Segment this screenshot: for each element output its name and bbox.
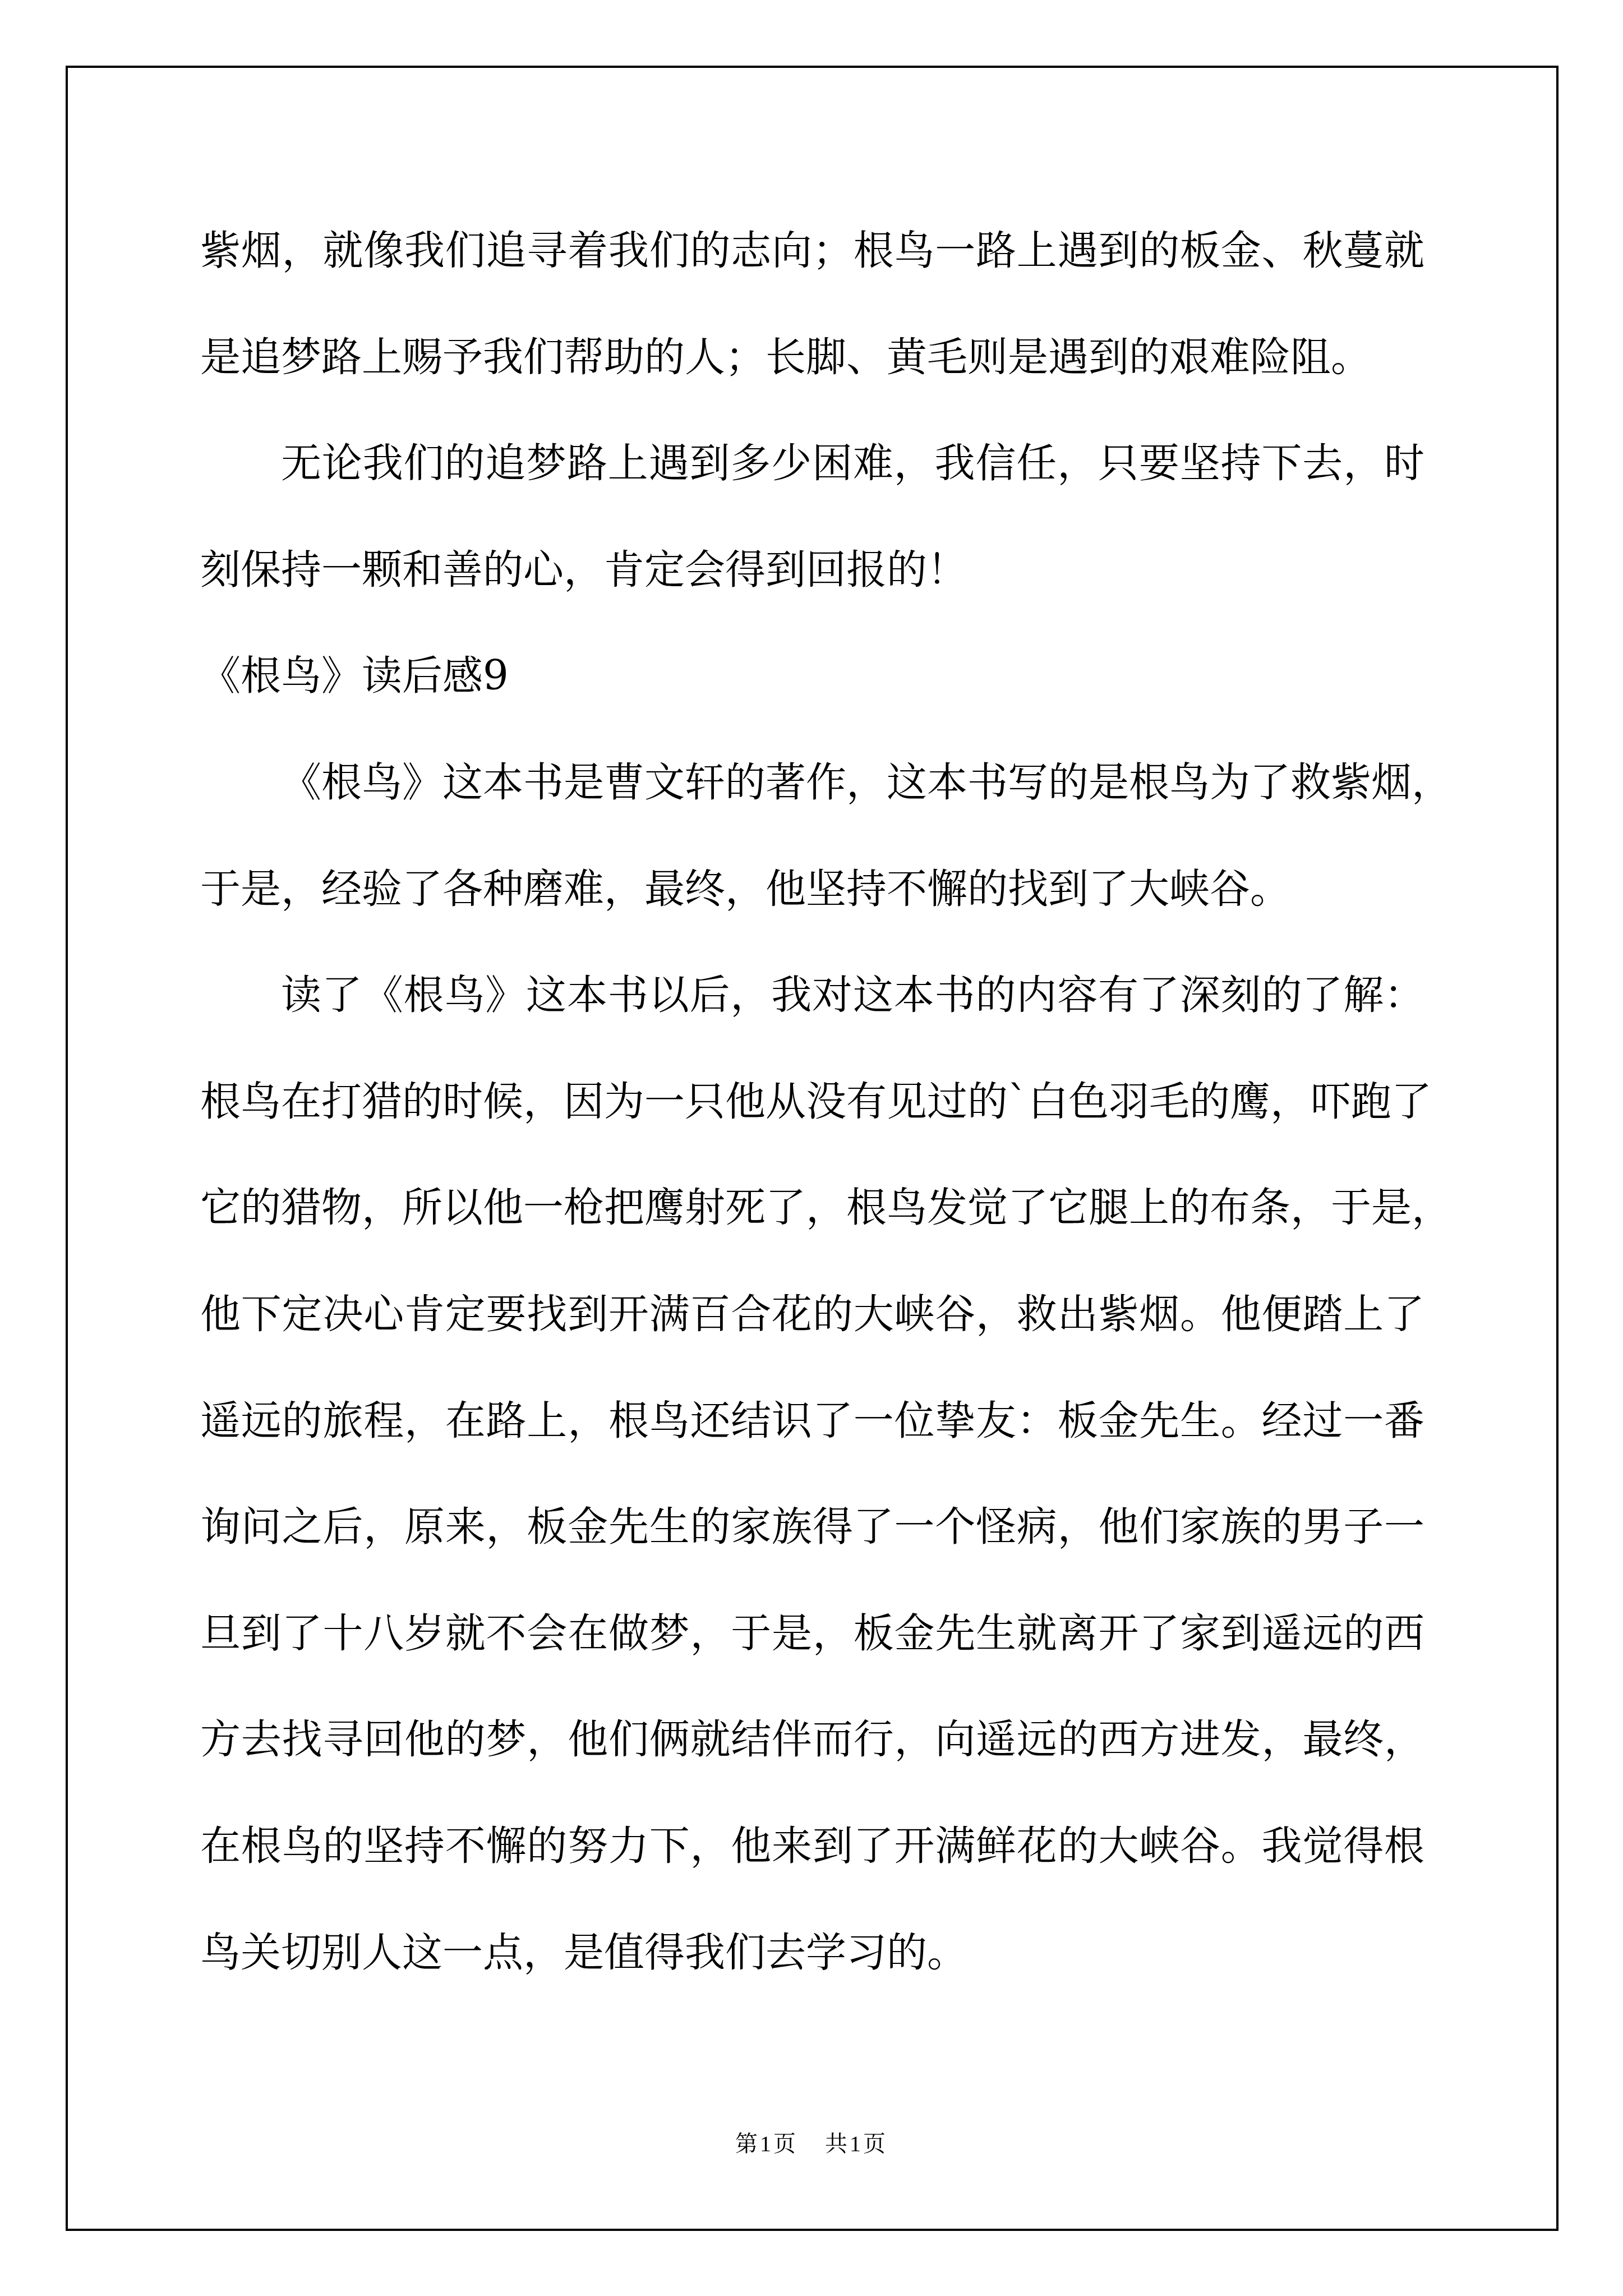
text-line: 他下定决心肯定要找到开满百合花的大峡谷，救出紫烟。他便踏上了 bbox=[200, 1287, 1424, 1393]
total-pages-label: 共1页 bbox=[825, 2131, 888, 2156]
text-line: 旦到了十八岁就不会在做梦，于是，板金先生就离开了家到遥远的西 bbox=[200, 1606, 1424, 1713]
text-line: 遥远的旅程，在路上，根鸟还结识了一位挚友：板金先生。经过一番 bbox=[200, 1393, 1424, 1500]
document-body: 紫烟，就像我们追寻着我们的志向；根鸟一路上遇到的板金、秋蔓就 是追梦路上赐予我们… bbox=[200, 223, 1424, 2031]
text-line: 在根鸟的坚持不懈的努力下，他来到了开满鲜花的大峡谷。我觉得根 bbox=[200, 1819, 1424, 1925]
text-line: 无论我们的追梦路上遇到多少困难，我信任，只要坚持下去，时 bbox=[200, 436, 1424, 542]
current-page-label: 第1页 bbox=[735, 2131, 798, 2156]
text-line: 是追梦路上赐予我们帮助的人；长脚、黄毛则是遇到的艰难险阻。 bbox=[200, 330, 1424, 436]
text-line: 紫烟，就像我们追寻着我们的志向；根鸟一路上遇到的板金、秋蔓就 bbox=[200, 223, 1424, 330]
text-line: 鸟关切别人这一点，是值得我们去学习的。 bbox=[200, 1925, 1424, 2032]
text-line: 刻保持一颗和善的心，肯定会得到回报的！ bbox=[200, 542, 1424, 649]
text-line: 它的猎物，所以他一枪把鹰射死了，根鸟发觉了它腿上的布条，于是， bbox=[200, 1180, 1424, 1287]
text-line: 方去找寻回他的梦，他们俩就结伴而行，向遥远的西方进发，最终， bbox=[200, 1712, 1424, 1819]
page-footer: 第1页共1页 bbox=[0, 2129, 1623, 2159]
section-heading: 《根鸟》读后感9 bbox=[200, 648, 1424, 755]
text-line: 读了《根鸟》这本书以后，我对这本书的内容有了深刻的了解： bbox=[200, 968, 1424, 1074]
text-line: 询问之后，原来，板金先生的家族得了一个怪病，他们家族的男子一 bbox=[200, 1499, 1424, 1606]
text-line: 根鸟在打猎的时候，因为一只他从没有见过的`白色羽毛的鹰，吓跑了 bbox=[200, 1074, 1424, 1181]
text-line: 《根鸟》这本书是曹文轩的著作，这本书写的是根鸟为了救紫烟， bbox=[200, 755, 1424, 862]
text-line: 于是，经验了各种磨难，最终，他坚持不懈的找到了大峡谷。 bbox=[200, 862, 1424, 968]
